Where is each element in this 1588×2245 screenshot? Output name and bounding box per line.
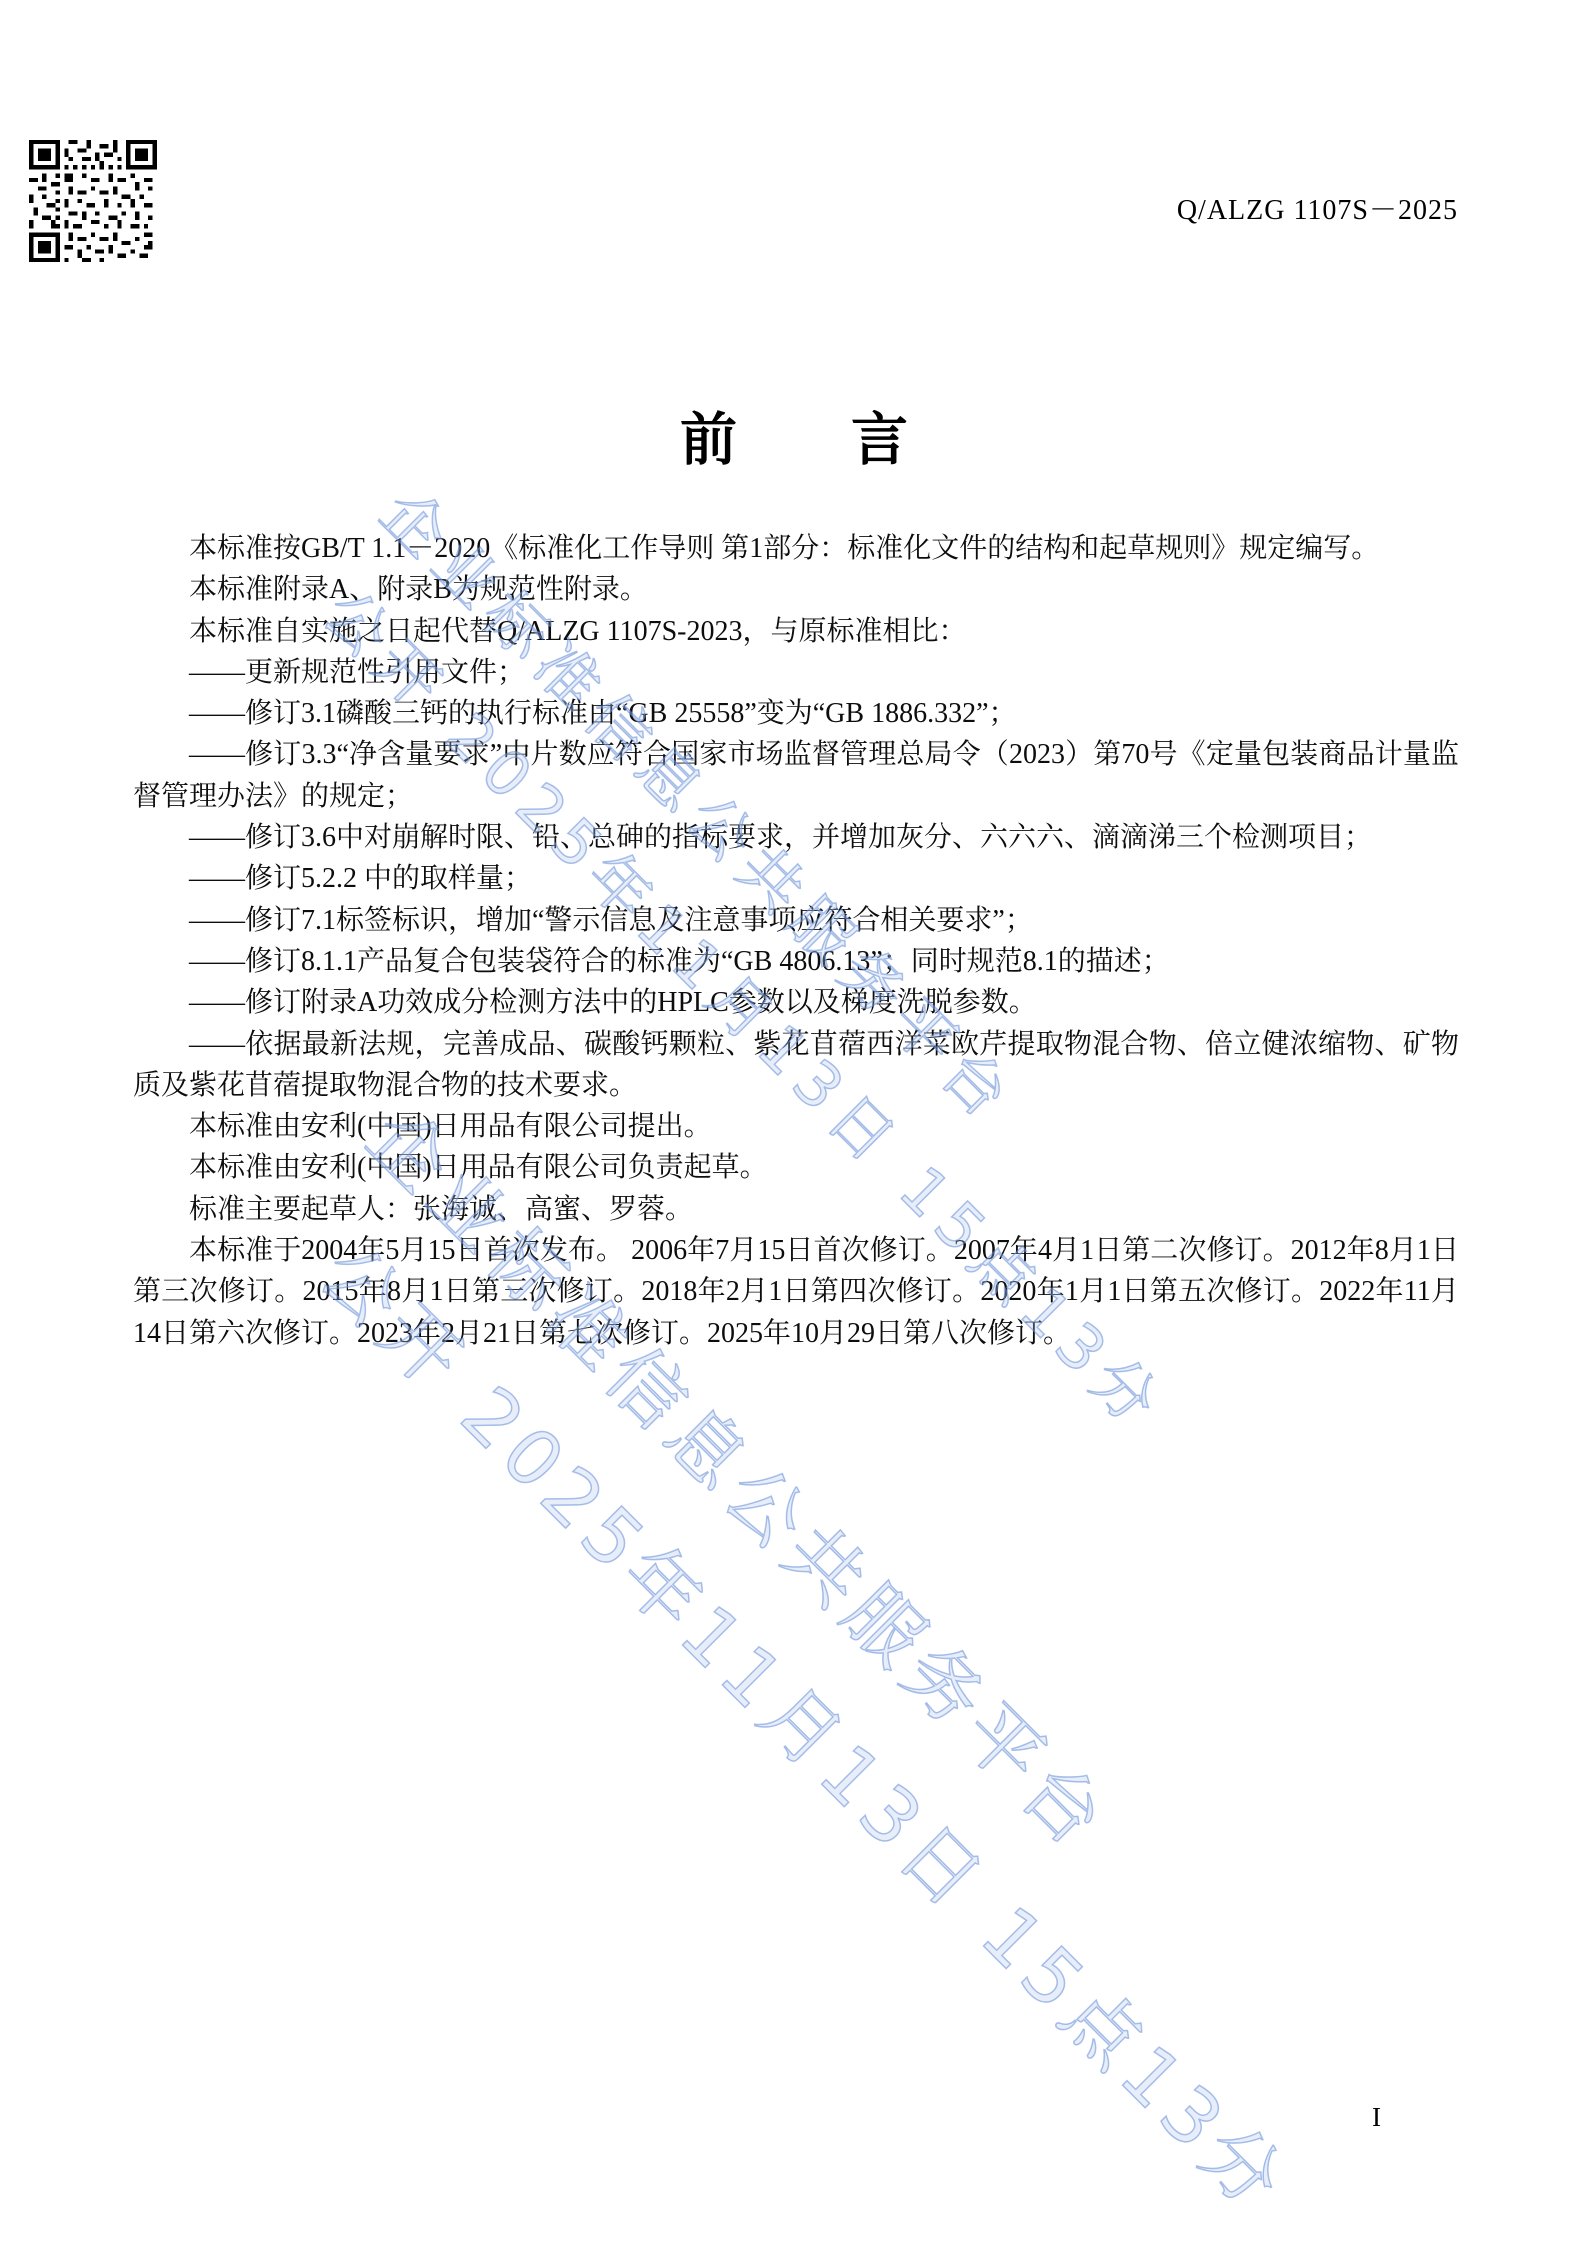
paragraph: ——修订8.1.1产品复合包装袋符合的标准为“GB 4806.13”；同时规范8…: [133, 941, 1459, 982]
foreword-body: 本标准按GB/T 1.1－2020《标准化工作导则 第1部分：标准化文件的结构和…: [133, 528, 1459, 1354]
paragraph: ——依据最新法规，完善成品、碳酸钙颗粒、紫花苜蓿西洋菜欧芹提取物混合物、倍立健浓…: [133, 1024, 1459, 1107]
paragraph: 本标准由安利(中国)日用品有限公司提出。: [133, 1106, 1459, 1147]
document-code: Q/ALZG 1107S－2025: [1177, 188, 1458, 228]
paragraph: ——修订3.1磷酸三钙的执行标准由“GB 25558”变为“GB 1886.33…: [133, 693, 1459, 734]
document-page: Q/ALZG 1107S－2025 前 言 本标准按GB/T 1.1－2020《…: [0, 0, 1588, 2245]
paragraph: 本标准于2004年5月15日首次发布。 2006年7月15日首次修订。2007年…: [133, 1230, 1459, 1354]
paragraph: 标准主要起草人：张海诚、高蜜、罗蓉。: [133, 1189, 1459, 1230]
paragraph: ——修订3.6中对崩解时限、铅、总砷的指标要求，并增加灰分、六六六、滴滴涕三个检…: [133, 817, 1459, 858]
paragraph: ——修订7.1标签标识，增加“警示信息及注意事项应符合相关要求”；: [133, 900, 1459, 941]
page-number: I: [1372, 2102, 1381, 2133]
paragraph: 本标准由安利(中国)日用品有限公司负责起草。: [133, 1147, 1459, 1188]
paragraph: ——修订附录A功效成分检测方法中的HPLC参数以及梯度洗脱参数。: [133, 982, 1459, 1023]
paragraph: 本标准附录A、附录B为规范性附录。: [133, 569, 1459, 610]
qr-code-graphic: [29, 140, 157, 262]
paragraph: ——更新规范性引用文件；: [133, 652, 1459, 693]
paragraph: ——修订5.2.2 中的取样量；: [133, 858, 1459, 899]
paragraph: 本标准按GB/T 1.1－2020《标准化工作导则 第1部分：标准化文件的结构和…: [133, 528, 1459, 569]
paragraph: ——修订3.3“净含量要求”中片数应符合国家市场监督管理总局令（2023）第70…: [133, 734, 1459, 817]
qr-code: [29, 140, 157, 262]
paragraph: 本标准自实施之日起代替Q/ALZG 1107S-2023，与原标准相比：: [133, 611, 1459, 652]
page-title: 前 言: [0, 394, 1588, 476]
